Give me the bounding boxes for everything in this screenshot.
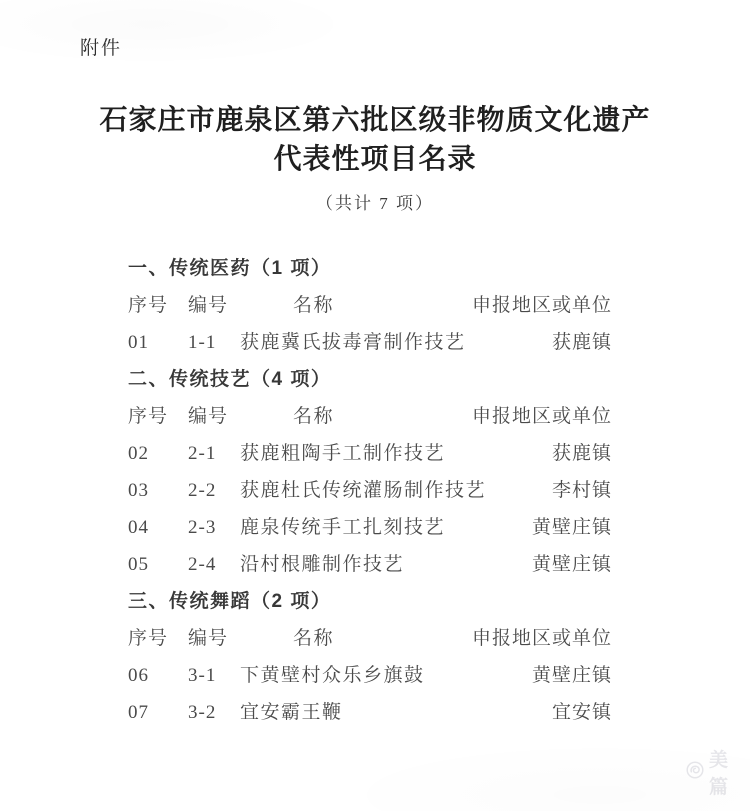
row-region: 黄壁庄镇 [440,515,612,541]
row-region: 宜安镇 [440,700,612,726]
section-heading-traditional-dance: 三、传统舞蹈（2 项） [128,589,612,615]
table-row: 01 1-1 获鹿冀氏拔毒膏制作技艺 获鹿镇 [128,330,612,356]
row-region: 获鹿镇 [440,441,612,467]
header-name: 名称 [240,626,440,652]
project-list: 一、传统医药（1 项） 序号 编号 名称 申报地区或单位 01 1-1 获鹿冀氏… [128,256,612,737]
header-region: 申报地区或单位 [440,404,612,430]
header-seq: 序号 [128,293,188,319]
row-code: 2-2 [188,478,240,504]
row-seq: 05 [128,552,188,578]
table-header-row: 序号 编号 名称 申报地区或单位 [128,626,612,652]
row-name: 宜安霸王鞭 [240,700,440,726]
row-code: 2-4 [188,552,240,578]
document-title-block: 石家庄市鹿泉区第六批区级非物质文化遗产 代表性项目名录 （共计 7 项） [0,101,750,214]
document-title-line2: 代表性项目名录 [0,140,750,179]
row-code: 1-1 [188,330,240,356]
row-name: 获鹿杜氏传统灌肠制作技艺 [240,478,440,504]
meipian-watermark: 美篇 [684,745,750,799]
table-row: 04 2-3 鹿泉传统手工扎刻技艺 黄壁庄镇 [128,515,612,541]
table-row: 05 2-4 沿村根雕制作技艺 黄壁庄镇 [128,552,612,578]
table-row: 03 2-2 获鹿杜氏传统灌肠制作技艺 李村镇 [128,478,612,504]
header-name: 名称 [240,293,440,319]
table-row: 06 3-1 下黄壁村众乐乡旗鼓 黄壁庄镇 [128,663,612,689]
row-seq: 03 [128,478,188,504]
row-name: 下黄壁村众乐乡旗鼓 [240,663,440,689]
header-code: 编号 [188,293,240,319]
header-seq: 序号 [128,626,188,652]
document-page: 附件 石家庄市鹿泉区第六批区级非物质文化遗产 代表性项目名录 （共计 7 项） … [0,0,750,811]
header-region: 申报地区或单位 [440,626,612,652]
header-seq: 序号 [128,404,188,430]
row-code: 2-1 [188,441,240,467]
header-code: 编号 [188,626,240,652]
row-seq: 06 [128,663,188,689]
row-code: 2-3 [188,515,240,541]
header-code: 编号 [188,404,240,430]
row-seq: 04 [128,515,188,541]
row-region: 黄壁庄镇 [440,663,612,689]
row-region: 获鹿镇 [440,330,612,356]
row-code: 3-1 [188,663,240,689]
section-heading-traditional-medicine: 一、传统医药（1 项） [128,256,612,282]
table-row: 07 3-2 宜安霸王鞭 宜安镇 [128,700,612,726]
row-name: 获鹿冀氏拔毒膏制作技艺 [240,330,440,356]
document-subtitle: （共计 7 项） [0,189,750,214]
header-region: 申报地区或单位 [440,293,612,319]
meipian-swirl-icon [684,759,706,786]
header-name: 名称 [240,404,440,430]
row-name: 鹿泉传统手工扎刻技艺 [240,515,440,541]
row-seq: 02 [128,441,188,467]
row-name: 沿村根雕制作技艺 [240,552,440,578]
row-seq: 01 [128,330,188,356]
table-row: 02 2-1 获鹿粗陶手工制作技艺 获鹿镇 [128,441,612,467]
row-seq: 07 [128,700,188,726]
table-header-row: 序号 编号 名称 申报地区或单位 [128,293,612,319]
attachment-label: 附件 [80,33,122,60]
section-heading-traditional-crafts: 二、传统技艺（4 项） [128,367,612,393]
row-region: 李村镇 [440,478,612,504]
row-code: 3-2 [188,700,240,726]
table-header-row: 序号 编号 名称 申报地区或单位 [128,404,612,430]
meipian-brand-text: 美篇 [709,745,750,799]
document-title-line1: 石家庄市鹿泉区第六批区级非物质文化遗产 [0,101,750,140]
row-region: 黄壁庄镇 [440,552,612,578]
row-name: 获鹿粗陶手工制作技艺 [240,441,440,467]
